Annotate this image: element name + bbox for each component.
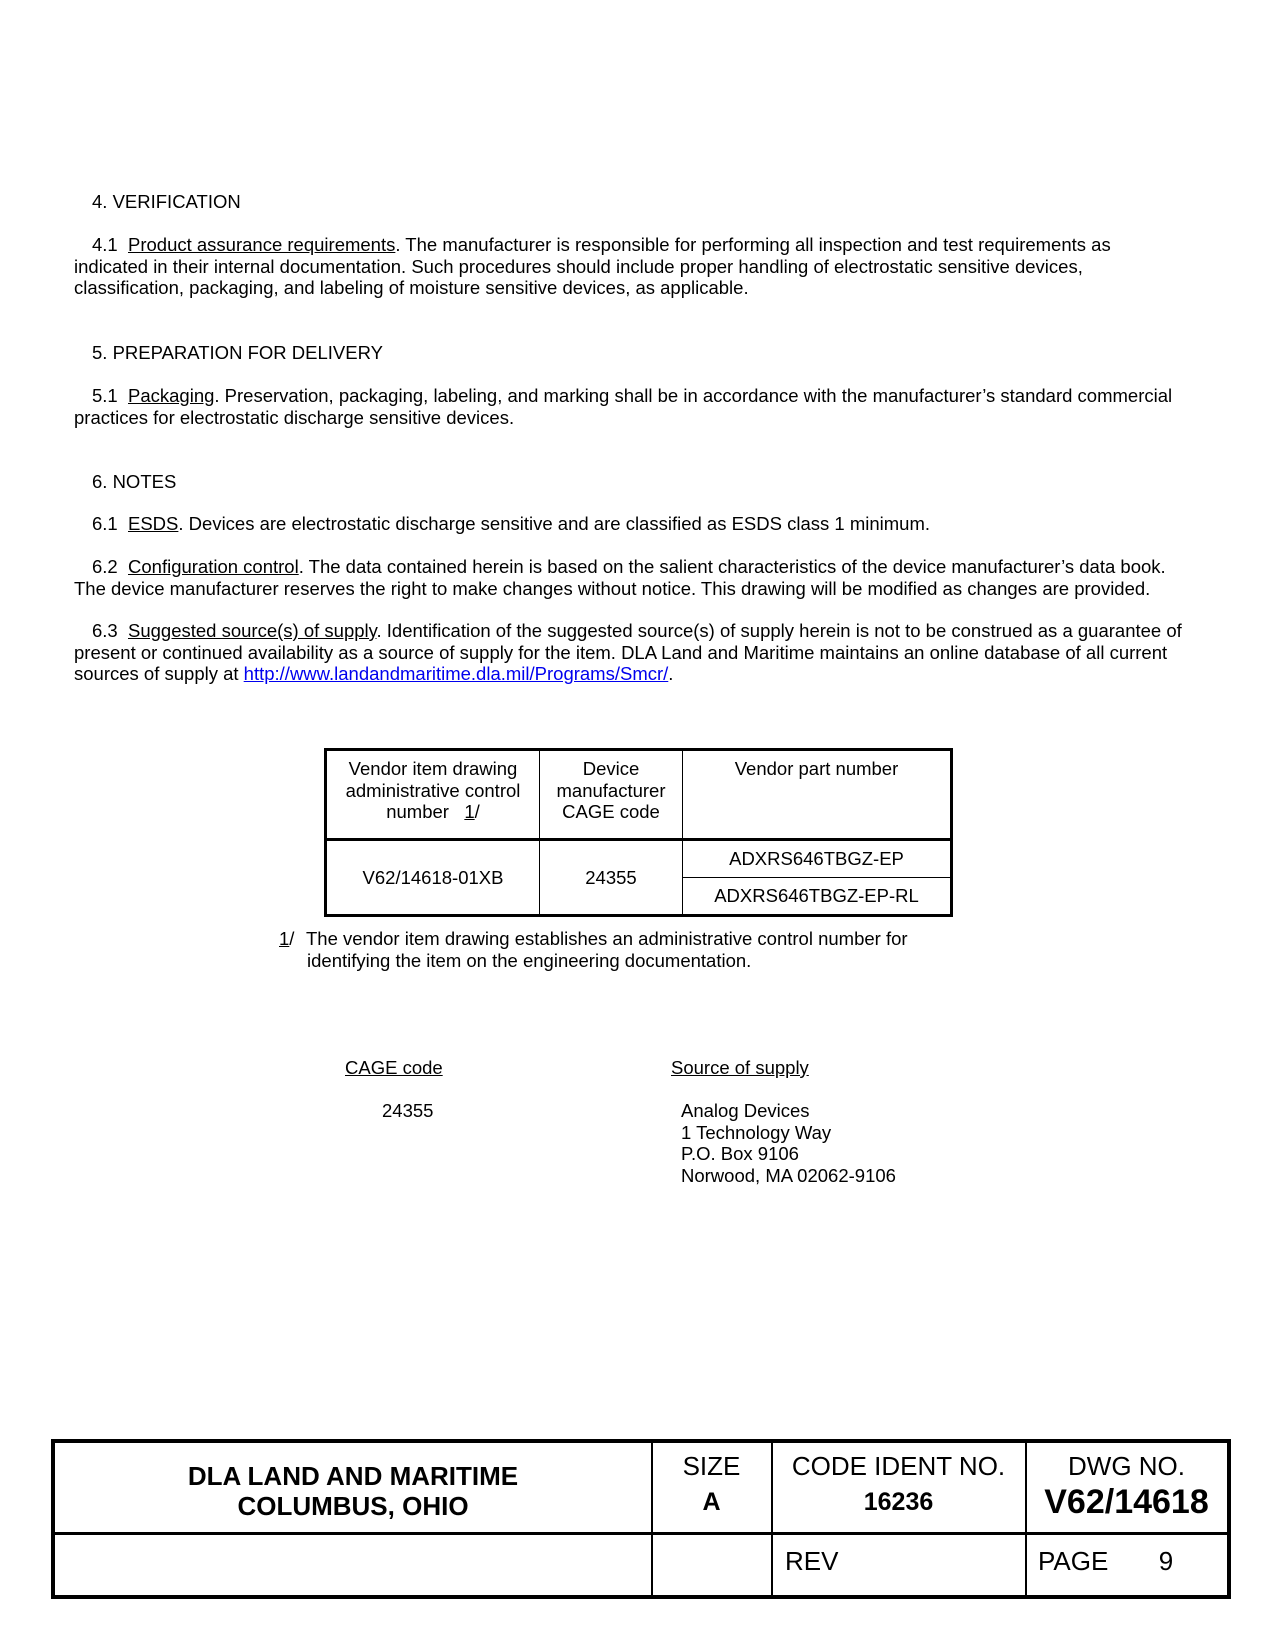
header-text: manufacturer	[546, 780, 676, 802]
section-title: Packaging	[128, 385, 214, 406]
footnote-text: The vendor item drawing establishes an a…	[306, 928, 908, 949]
organization-name: DLA LAND AND MARITIME COLUMBUS, OHIO	[55, 1461, 651, 1521]
header-text: Vendor part number	[689, 758, 944, 780]
vendor-item-table: Vendor item drawing administrative contr…	[326, 750, 951, 915]
section-number: 6.3	[92, 620, 118, 641]
page-cell: PAGE 9	[1038, 1546, 1218, 1576]
footnote-ref: 1	[464, 801, 474, 822]
paragraph-text: sources of supply at	[74, 663, 244, 684]
footnote-marker-suffix: /	[289, 928, 294, 949]
section-title: Configuration control	[128, 556, 299, 577]
address-line: P.O. Box 9106	[681, 1143, 896, 1165]
section-number: 6.1	[92, 513, 118, 534]
table-row: V62/14618-01XB 24355 ADXRS646TBGZ-EP	[327, 840, 951, 878]
section-6-heading: 6. NOTES	[92, 471, 176, 493]
control-number-cell: V62/14618-01XB	[327, 840, 540, 915]
paragraph-text: present or continued availability as a s…	[74, 642, 1214, 664]
code-ident-label: CODE IDENT NO.	[772, 1451, 1025, 1481]
dwg-no-label: DWG NO.	[1026, 1451, 1227, 1481]
paragraph-text: . Preservation, packaging, labeling, and…	[214, 385, 1172, 406]
paragraph-text: .	[668, 663, 673, 684]
table-header-row: Vendor item drawing administrative contr…	[327, 751, 951, 840]
section-title: Product assurance requirements	[128, 234, 395, 255]
section-title: ESDS	[128, 513, 178, 534]
divider	[55, 1532, 1227, 1535]
header-cage-code: Device manufacturer CAGE code	[540, 751, 683, 840]
header-text: CAGE code	[546, 801, 676, 823]
address-line: Analog Devices	[681, 1100, 896, 1122]
section-6-2-paragraph: 6.2 Configuration control. The data cont…	[74, 556, 1214, 599]
dwg-no-cell: DWG NO. V62/14618	[1026, 1451, 1227, 1521]
section-6-3-paragraph: 6.3 Suggested source(s) of supply. Ident…	[74, 620, 1214, 685]
header-text: number	[386, 801, 449, 822]
page-number: 9	[1159, 1546, 1173, 1576]
paragraph-text: indicated in their internal documentatio…	[74, 256, 1214, 278]
section-4-heading: 4. VERIFICATION	[92, 191, 241, 213]
section-5-heading: 5. PREPARATION FOR DELIVERY	[92, 342, 383, 364]
paragraph-text: classification, packaging, and labeling …	[74, 277, 1214, 299]
part-number-cell: ADXRS646TBGZ-EP-RL	[683, 878, 951, 915]
part-number-cell: ADXRS646TBGZ-EP	[683, 840, 951, 878]
page-label: PAGE	[1038, 1546, 1108, 1576]
rev-cell: REV	[785, 1546, 838, 1576]
header-text: administrative control	[333, 780, 533, 802]
header-vendor-part-number: Vendor part number	[683, 751, 951, 840]
supplier-address: Analog Devices 1 Technology Way P.O. Box…	[681, 1100, 896, 1186]
cage-code-value: 24355	[382, 1100, 433, 1122]
paragraph-text: . Identification of the suggested source…	[377, 620, 1182, 641]
footnote-marker: 1	[279, 928, 289, 949]
address-line: 1 Technology Way	[681, 1122, 896, 1144]
paragraph-text: practices for electrostatic discharge se…	[74, 407, 1214, 429]
size-cell: SIZE A	[652, 1451, 771, 1517]
code-ident-cell: CODE IDENT NO. 16236	[772, 1451, 1025, 1517]
header-text: Vendor item drawing	[333, 758, 533, 780]
size-value: A	[652, 1487, 771, 1517]
size-label: SIZE	[652, 1451, 771, 1481]
org-line: DLA LAND AND MARITIME	[55, 1461, 651, 1491]
section-4-1-paragraph: 4.1 Product assurance requirements. The …	[74, 234, 1214, 299]
paragraph-text: . Devices are electrostatic discharge se…	[178, 513, 930, 534]
smcr-database-link[interactable]: http://www.landandmaritime.dla.mil/Progr…	[244, 663, 669, 684]
paragraph-text: . The manufacturer is responsible for pe…	[395, 234, 1110, 255]
footnote-text: identifying the item on the engineering …	[279, 950, 939, 972]
org-line: COLUMBUS, OHIO	[55, 1491, 651, 1521]
code-ident-value: 16236	[772, 1487, 1025, 1517]
table-footnote: 1/The vendor item drawing establishes an…	[279, 928, 939, 971]
section-number: 6.2	[92, 556, 118, 577]
section-number: 4.1	[92, 234, 118, 255]
cage-code-heading: CAGE code	[345, 1057, 443, 1079]
header-text: Device	[546, 758, 676, 780]
section-6-1-paragraph: 6.1 ESDS. Devices are electrostatic disc…	[74, 513, 1214, 535]
footnote-ref-suffix: /	[475, 801, 480, 822]
cage-code-cell: 24355	[540, 840, 683, 915]
section-title: Suggested source(s) of supply	[128, 620, 377, 641]
title-block: DLA LAND AND MARITIME COLUMBUS, OHIO SIZ…	[51, 1439, 1231, 1599]
dwg-no-value: V62/14618	[1026, 1483, 1227, 1521]
section-5-1-paragraph: 5.1 Packaging. Preservation, packaging, …	[74, 385, 1214, 428]
address-line: Norwood, MA 02062-9106	[681, 1165, 896, 1187]
paragraph-text: The device manufacturer reserves the rig…	[74, 578, 1214, 600]
rev-label: REV	[785, 1546, 838, 1576]
source-of-supply-heading: Source of supply	[671, 1057, 809, 1079]
header-control-number: Vendor item drawing administrative contr…	[327, 751, 540, 840]
paragraph-text: . The data contained herein is based on …	[299, 556, 1166, 577]
section-number: 5.1	[92, 385, 118, 406]
